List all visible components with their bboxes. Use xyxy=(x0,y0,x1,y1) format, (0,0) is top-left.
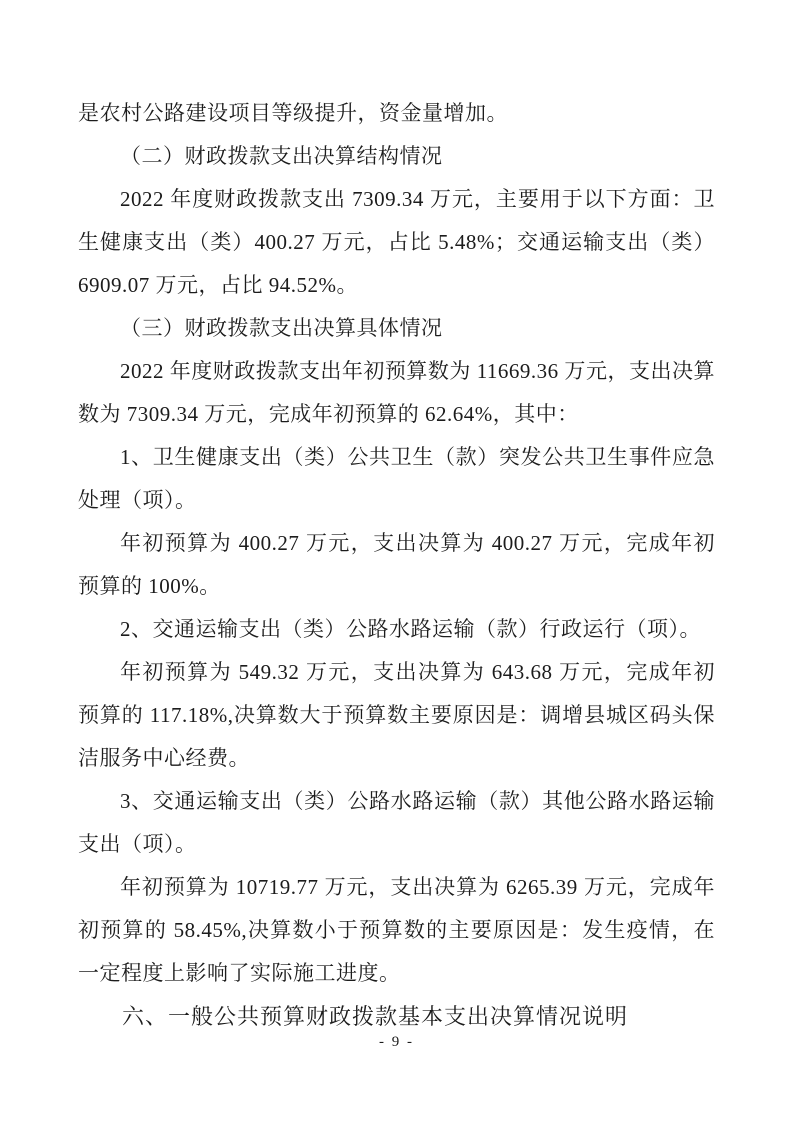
page-number: - 9 - xyxy=(0,1032,793,1052)
item3-detail-paragraph: 年初预算为 10719.77 万元，支出决算为 6265.39 万元，完成年初预… xyxy=(78,866,715,995)
item1-detail-paragraph: 年初预算为 400.27 万元，支出决算为 400.27 万元，完成年初预算的 … xyxy=(78,522,715,608)
section2-body-paragraph: 2022 年度财政拨款支出 7309.34 万元，主要用于以下方面：卫生健康支出… xyxy=(78,178,715,307)
document-page: 是农村公路建设项目等级提升，资金量增加。 （二）财政拨款支出决算结构情况 202… xyxy=(0,0,793,1122)
section3-intro-paragraph: 2022 年度财政拨款支出年初预算数为 11669.36 万元，支出决算数为 7… xyxy=(78,350,715,436)
section3-heading: （三）财政拨款支出决算具体情况 xyxy=(78,307,715,350)
item3-title-paragraph: 3、交通运输支出（类）公路水路运输（款）其他公路水路运输支出（项）。 xyxy=(78,780,715,866)
item1-title-paragraph: 1、卫生健康支出（类）公共卫生（款）突发公共卫生事件应急处理（项）。 xyxy=(78,436,715,522)
section2-heading: （二）财政拨款支出决算结构情况 xyxy=(78,135,715,178)
document-body: 是农村公路建设项目等级提升，资金量增加。 （二）财政拨款支出决算结构情况 202… xyxy=(78,92,715,1038)
item2-title-paragraph: 2、交通运输支出（类）公路水路运输（款）行政运行（项）。 xyxy=(78,608,715,651)
item2-detail-paragraph: 年初预算为 549.32 万元，支出决算为 643.68 万元，完成年初预算的 … xyxy=(78,651,715,780)
continuation-paragraph: 是农村公路建设项目等级提升，资金量增加。 xyxy=(78,92,715,135)
